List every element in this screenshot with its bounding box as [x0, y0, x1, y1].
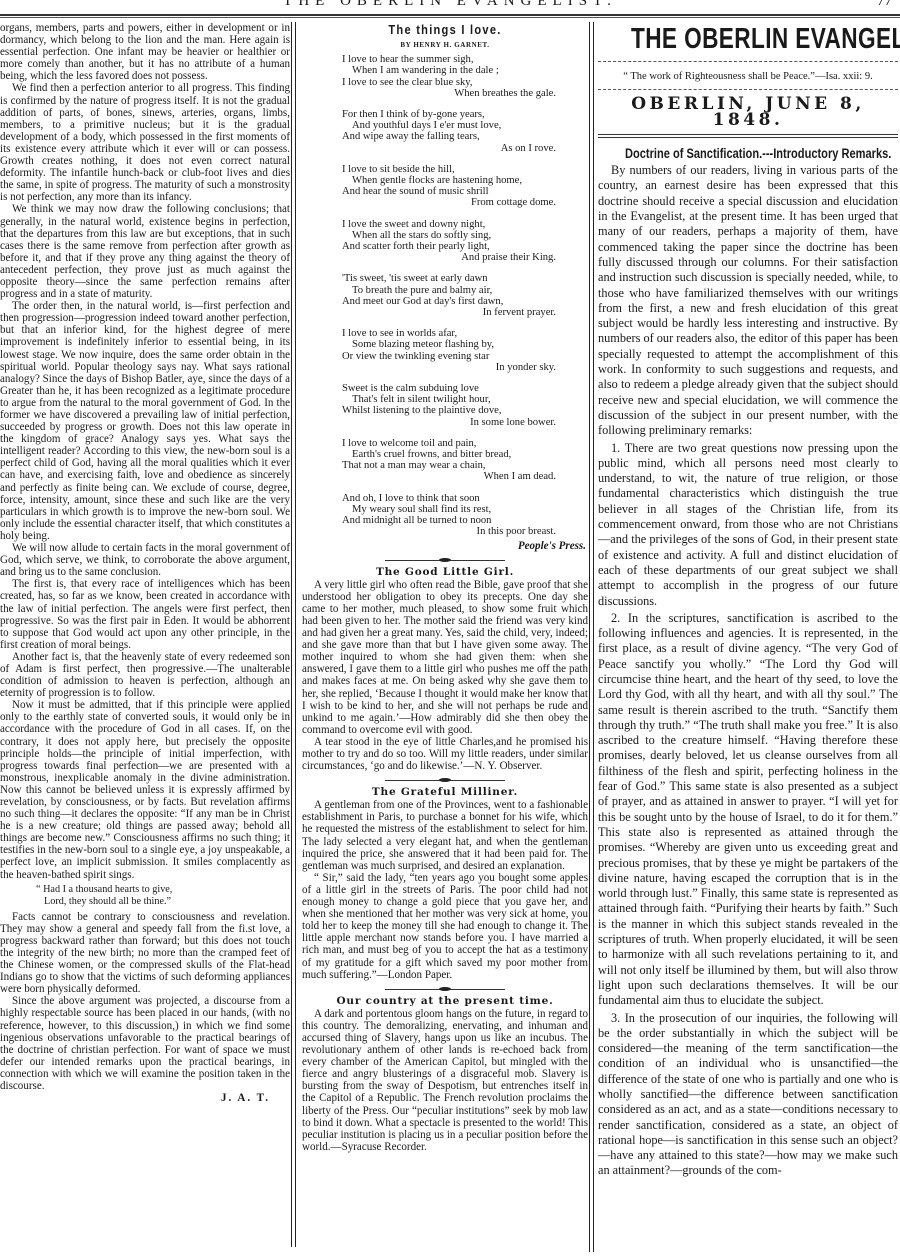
wavy-rule: [598, 61, 898, 64]
paragraph: We think we may now draw the following c…: [0, 203, 290, 300]
paragraph: Facts cannot be contrary to consciousnes…: [0, 911, 290, 996]
poem-line: And praise their King.: [342, 252, 588, 263]
poem-stanza: I love to welcome toil and pain, Earth's…: [342, 438, 588, 483]
quote-line: “ Had I a thousand hearts to give,: [36, 884, 290, 896]
poem-attribution: People's Press.: [302, 540, 588, 552]
column-divider: [291, 22, 296, 1247]
dateline: OBERLIN, JUNE 8, 1848.: [598, 97, 898, 128]
poem-line: I love to hear the summer sigh,: [342, 54, 588, 65]
running-head: THE OBERLIN EVANGELIST. 77: [0, 0, 900, 9]
poem-line: And hear the sound of music shrill: [342, 186, 588, 197]
poem-line: I love to welcome toil and pain,: [342, 438, 588, 449]
poem-line: I love to see the clear blue sky,: [342, 77, 588, 88]
article-heading: The Grateful Milliner.: [302, 786, 588, 798]
poem-line: When breathes the gale.: [342, 88, 588, 99]
paragraph: 1. There are two great questions now pre…: [598, 441, 898, 609]
poem-line: In yonder sky.: [342, 362, 588, 373]
poem-line: I love to see in worlds afar,: [342, 328, 588, 339]
article-heading: The Good Little Girl.: [302, 566, 588, 578]
poem-line: To breath the pure and balmy air,: [342, 285, 588, 296]
poem-line: When all the stars do softly sing,: [342, 230, 588, 241]
column-2: The things I love. BY HENRY H. GARNET. I…: [302, 22, 588, 1153]
poem-byline: BY HENRY H. GARNET.: [302, 39, 588, 51]
page-number: 77: [877, 0, 892, 10]
paragraph: A dark and portentous gloom hangs on the…: [302, 1008, 588, 1153]
section-ornament: [385, 560, 505, 562]
quote-line: Lord, they should all be thine.”: [36, 896, 290, 908]
poem-line: And midnight all be turned to noon: [342, 515, 588, 526]
poem-line: And scatter forth their pearly light,: [342, 241, 588, 252]
wavy-rule: [598, 89, 898, 92]
paragraph: Now it must be admitted, that if this pr…: [0, 699, 290, 880]
poem-line: From cottage dome.: [342, 197, 588, 208]
running-head-title: THE OBERLIN EVANGELIST.: [0, 0, 900, 10]
paragraph: A very little girl who often read the Bi…: [302, 579, 588, 736]
paragraph: The first is, that every race of intelli…: [0, 578, 290, 651]
poem-line: In this poor breast.: [342, 526, 588, 537]
paragraph: Another fact is, that the heavenly state…: [0, 651, 290, 699]
masthead: THE OBERLIN EVANGELIST.: [631, 22, 865, 56]
column-3: THE OBERLIN EVANGELIST. “ The work of Ri…: [598, 22, 898, 1179]
poem-stanza: Sweet is the calm subduing love That's f…: [342, 383, 588, 428]
poem-line: Earth's cruel frowns, and bitter bread,: [342, 449, 588, 460]
poem-line: Or view the twinkling evening star: [342, 351, 588, 362]
poem-line: 'Tis sweet, 'tis sweet at early dawn: [342, 273, 588, 284]
column-divider: [589, 22, 594, 1252]
poem-line: And oh, I love to think that soon: [342, 493, 588, 504]
poem-line: That's felt in silent twilight hour,: [342, 394, 588, 405]
paragraph: A tear stood in the eye of little Charle…: [302, 736, 588, 772]
poem-line: When I am dead.: [342, 471, 588, 482]
poem-line: And youthful days I e'er must love,: [342, 120, 588, 131]
section-ornament: [385, 780, 505, 782]
paragraph: Since the above argument was projected, …: [0, 995, 290, 1092]
paragraph: We will now allude to certain facts in t…: [0, 542, 290, 578]
paragraph: organs, members, parts and powers, eithe…: [0, 22, 290, 82]
poem-stanza: And oh, I love to think that soon My wea…: [342, 493, 588, 538]
poem-line: For then I think of by-gone years,: [342, 109, 588, 120]
top-rule: [0, 14, 900, 18]
hymn-quote: “ Had I a thousand hearts to give, Lord,…: [36, 884, 290, 908]
column-1: organs, members, parts and powers, eithe…: [0, 22, 290, 1104]
poem-line: That not a man may wear a chain,: [342, 460, 588, 471]
poem-line: And meet our God at day's first dawn,: [342, 296, 588, 307]
paragraph: “ Sir,” said the lady, “ten years ago yo…: [302, 872, 588, 981]
poem-stanza: I love to see in worlds afar, Some blazi…: [342, 328, 588, 373]
paragraph: We find then a perfection anterior to al…: [0, 82, 290, 203]
poem-stanza: For then I think of by-gone years, And y…: [342, 109, 588, 154]
poem-line: When gentle flocks are hastening home,: [342, 175, 588, 186]
author-signature: J. A. T.: [221, 1092, 270, 1104]
poem-stanza: I love to hear the summer sigh, When I a…: [342, 54, 588, 99]
poem-line: I love to sit beside the hill,: [342, 164, 588, 175]
poem-line: In fervent prayer.: [342, 307, 588, 318]
article-heading: Our country at the present time.: [302, 995, 588, 1007]
paragraph: The order then, in the natural world, is…: [0, 300, 290, 542]
poem-stanza: I love to sit beside the hill, When gent…: [342, 164, 588, 209]
section-ornament: [385, 989, 505, 991]
paragraph: 3. In the prosecution of our inquiries, …: [598, 1011, 898, 1179]
poem-stanza: I love the sweet and downy night, When a…: [342, 219, 588, 264]
poem-line: As on I rove.: [342, 143, 588, 154]
poem-line: And wipe away the falling tears,: [342, 131, 588, 142]
poem-line: In some lone bower.: [342, 417, 588, 428]
poem-line: Whilst listening to the plaintive dove,: [342, 405, 588, 416]
poem-line: When I am wandering in the dale ;: [342, 65, 588, 76]
paragraph: By numbers of our readers, living in var…: [598, 163, 898, 438]
poem-line: Sweet is the calm subduing love: [342, 383, 588, 394]
double-rule: [598, 134, 898, 138]
poem-stanza: 'Tis sweet, 'tis sweet at early dawn To …: [342, 273, 588, 318]
paragraph: 2. In the scriptures, sanctification is …: [598, 611, 898, 1009]
poem-line: I love the sweet and downy night,: [342, 219, 588, 230]
poem-line: My weary soul shall find its rest,: [342, 504, 588, 515]
poem-line: Some blazing meteor flashing by,: [342, 339, 588, 350]
poem-title: The things I love.: [323, 24, 566, 36]
article-title: Doctrine of Sanctification.---Introducto…: [625, 146, 871, 161]
motto: “ The work of Righteousness shall be Pea…: [598, 69, 898, 84]
signature-line: J. A. T.: [0, 1092, 290, 1104]
paragraph: A gentleman from one of the Provinces, w…: [302, 799, 588, 872]
